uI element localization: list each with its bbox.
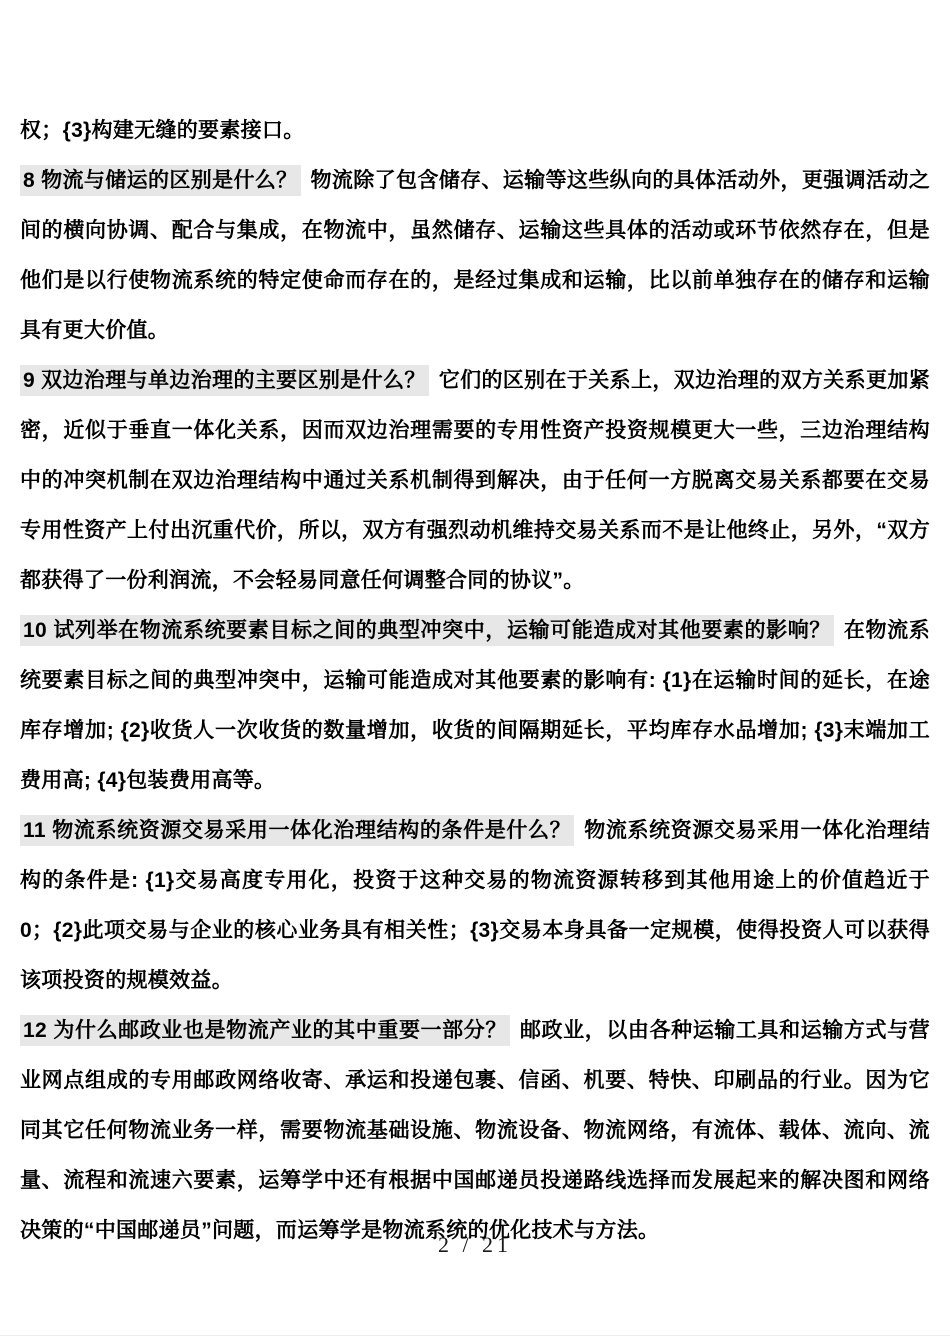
page-number: 2 / 21: [438, 1232, 512, 1257]
document-page: 权；{3}构建无缝的要素接口。 8 物流与储运的区别是什么？物流除了包含储存、运…: [0, 0, 950, 1341]
question-8-highlight: 8 物流与储运的区别是什么？: [20, 165, 301, 196]
qa-paragraph-8: 8 物流与储运的区别是什么？物流除了包含储存、运输等这些纵向的具体活动外，更强调…: [20, 156, 930, 356]
qa-paragraph-10: 10 试列举在物流系统要素目标之间的典型冲突中，运输可能造成对其他要素的影响？在…: [20, 606, 930, 806]
paragraph-continuation: 权；{3}构建无缝的要素接口。: [20, 106, 930, 156]
continuation-text: 权；{3}构建无缝的要素接口。: [20, 119, 305, 142]
answer-9-text: 它们的区别在于关系上，双边治理的双方关系更加紧密，近似于垂直一体化关系，因而双边…: [20, 369, 930, 592]
question-11-highlight: 11 物流系统资源交易采用一体化治理结构的条件是什么？: [20, 815, 574, 846]
qa-paragraph-11: 11 物流系统资源交易采用一体化治理结构的条件是什么？物流系统资源交易采用一体化…: [20, 806, 930, 1006]
answer-12-text: 邮政业，以由各种运输工具和运输方式与营业网点组成的专用邮政网络收寄、承运和投递包…: [20, 1019, 930, 1242]
qa-paragraph-9: 9 双边治理与单边治理的主要区别是什么？它们的区别在于关系上，双边治理的双方关系…: [20, 356, 930, 606]
question-9-highlight: 9 双边治理与单边治理的主要区别是什么？: [20, 365, 429, 396]
page-footer: 2 / 21: [0, 1232, 950, 1258]
bottom-divider: [0, 1335, 950, 1336]
question-12-highlight: 12 为什么邮政业也是物流产业的其中重要一部分？: [20, 1015, 510, 1046]
qa-paragraph-12: 12 为什么邮政业也是物流产业的其中重要一部分？邮政业，以由各种运输工具和运输方…: [20, 1006, 930, 1256]
question-10-highlight: 10 试列举在物流系统要素目标之间的典型冲突中，运输可能造成对其他要素的影响？: [20, 615, 834, 646]
document-content: 权；{3}构建无缝的要素接口。 8 物流与储运的区别是什么？物流除了包含储存、运…: [20, 106, 930, 1256]
